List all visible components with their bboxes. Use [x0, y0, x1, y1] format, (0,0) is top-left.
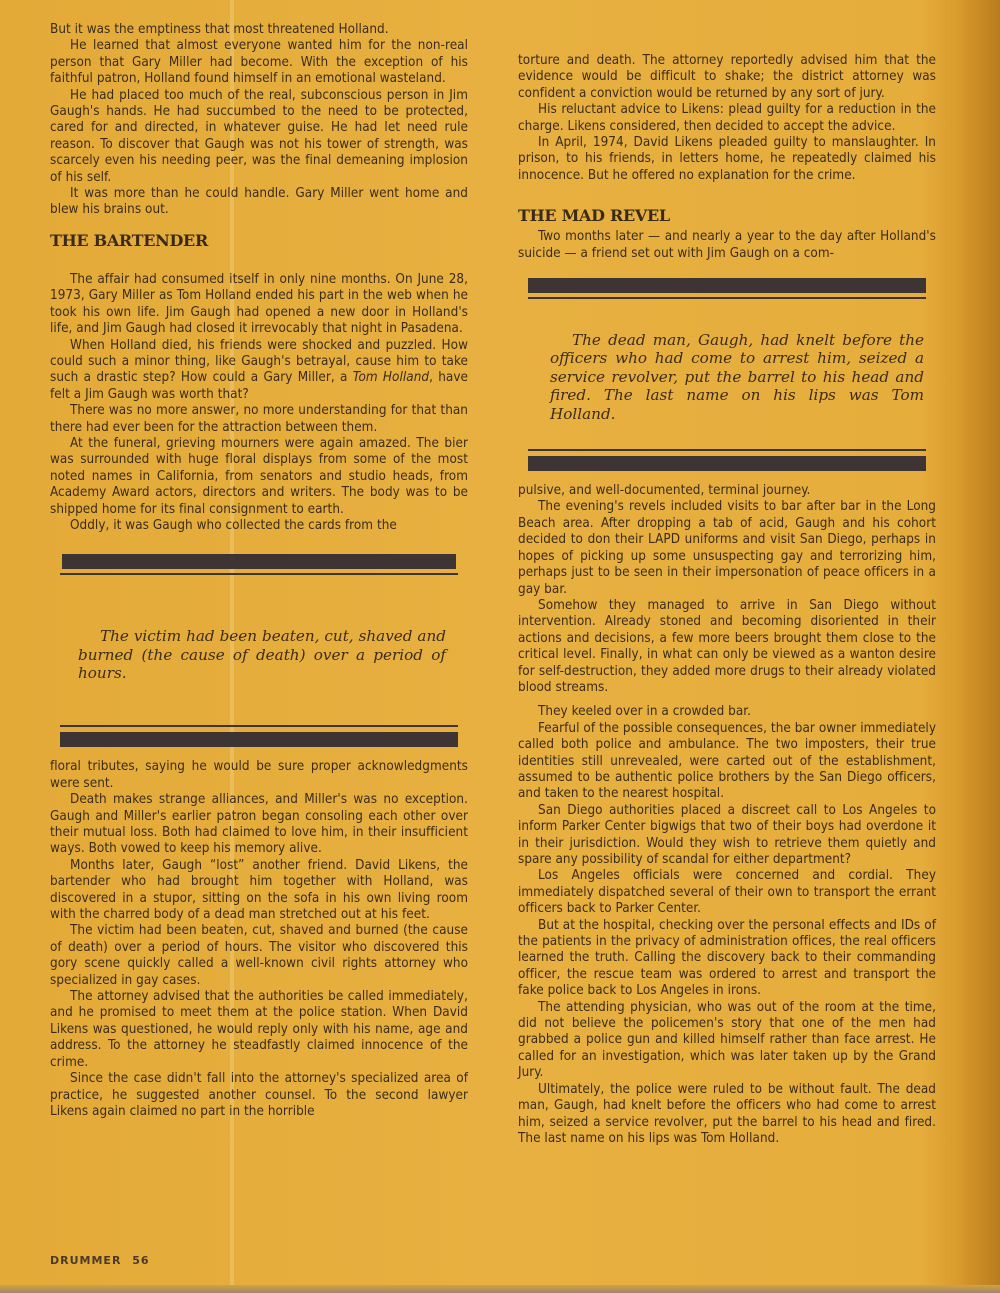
- publication-name: DRUMMER: [50, 1254, 121, 1267]
- paragraph-group: floral tributes, saying he would be sure…: [50, 759, 468, 1120]
- page-bottom-edge: [0, 1285, 1000, 1293]
- paragraph: His reluctant advice to Likens: plead gu…: [518, 102, 936, 135]
- section-heading-bartender: THE BARTENDER: [50, 231, 468, 250]
- paragraph: Two months later — and nearly a year to …: [518, 229, 936, 262]
- paragraph: pulsive, and well-documented, terminal j…: [518, 483, 936, 499]
- paragraph: They keeled over in a crowded bar.: [518, 704, 936, 720]
- pull-quote-bottom-bar: [60, 732, 458, 747]
- paragraph: Fearful of the possible consequences, th…: [518, 721, 936, 803]
- paragraph: floral tributes, saying he would be sure…: [50, 759, 468, 792]
- paragraph: The victim had been beaten, cut, shaved …: [50, 923, 468, 989]
- paragraph: San Diego authorities placed a discreet …: [518, 803, 936, 869]
- italic-name: Tom Holland: [353, 370, 429, 385]
- paragraph: Oddly, it was Gaugh who collected the ca…: [50, 518, 468, 534]
- section-heading-mad-revel: THE MAD REVEL: [518, 206, 936, 225]
- paragraph: At the funeral, grieving mourners were a…: [50, 436, 468, 518]
- paragraph-group: pulsive, and well-documented, terminal j…: [518, 483, 936, 1147]
- pull-quote-box: The victim had been beaten, cut, shaved …: [50, 554, 468, 747]
- pull-quote-box: The dead man, Gaugh, had knelt before th…: [518, 278, 936, 471]
- pull-quote-text: The victim had been beaten, cut, shaved …: [50, 575, 468, 725]
- paragraph: He learned that almost everyone wanted h…: [50, 38, 468, 87]
- paragraph: He had placed too much of the real, subc…: [50, 88, 468, 186]
- paragraph: The affair had consumed itself in only n…: [50, 272, 468, 338]
- paragraph: The attorney advised that the authoritie…: [50, 989, 468, 1071]
- paragraph: Somehow they managed to arrive in San Di…: [518, 598, 936, 696]
- paragraph: But it was the emptiness that most threa…: [50, 22, 468, 38]
- pull-quote-text: The dead man, Gaugh, had knelt before th…: [518, 299, 936, 449]
- pull-quote-top-bar: [62, 554, 456, 569]
- paragraph: In April, 1974, David Likens pleaded gui…: [518, 135, 936, 184]
- paragraph-holland: When Holland died, his friends were shoc…: [50, 338, 468, 404]
- pull-quote-top-bar: [528, 278, 926, 293]
- page-footer: DRUMMER 56: [50, 1254, 150, 1267]
- paragraph: torture and death. The attorney reported…: [518, 53, 936, 102]
- paragraph: But at the hospital, checking over the p…: [518, 918, 936, 1000]
- pull-quote-content: The dead man, Gaugh, had knelt before th…: [550, 331, 924, 423]
- paragraph: Ultimately, the police were ruled to be …: [518, 1082, 936, 1148]
- page-number: 56: [132, 1254, 149, 1267]
- left-column: But it was the emptiness that most threa…: [50, 22, 468, 1120]
- paragraph: Los Angeles officials were concerned and…: [518, 868, 936, 917]
- paragraph: Months later, Gaugh “lost” another frien…: [50, 858, 468, 924]
- pull-quote-content: The victim had been beaten, cut, shaved …: [78, 627, 446, 682]
- paragraph: The evening's revels included visits to …: [518, 499, 936, 597]
- pull-quote-bottom-bar: [528, 456, 926, 471]
- right-column: torture and death. The attorney reported…: [518, 53, 936, 1147]
- paragraph: Since the case didn't fall into the atto…: [50, 1071, 468, 1120]
- paragraph: The attending physician, who was out of …: [518, 1000, 936, 1082]
- paragraph: It was more than he could handle. Gary M…: [50, 186, 468, 219]
- paragraph: There was no more answer, no more unders…: [50, 403, 468, 436]
- pull-quote-bottom-rule: [528, 449, 926, 451]
- pull-quote-bottom-rule: [60, 725, 458, 727]
- paragraph: Death makes strange alliances, and Mille…: [50, 792, 468, 858]
- magazine-page: But it was the emptiness that most threa…: [0, 0, 1000, 1293]
